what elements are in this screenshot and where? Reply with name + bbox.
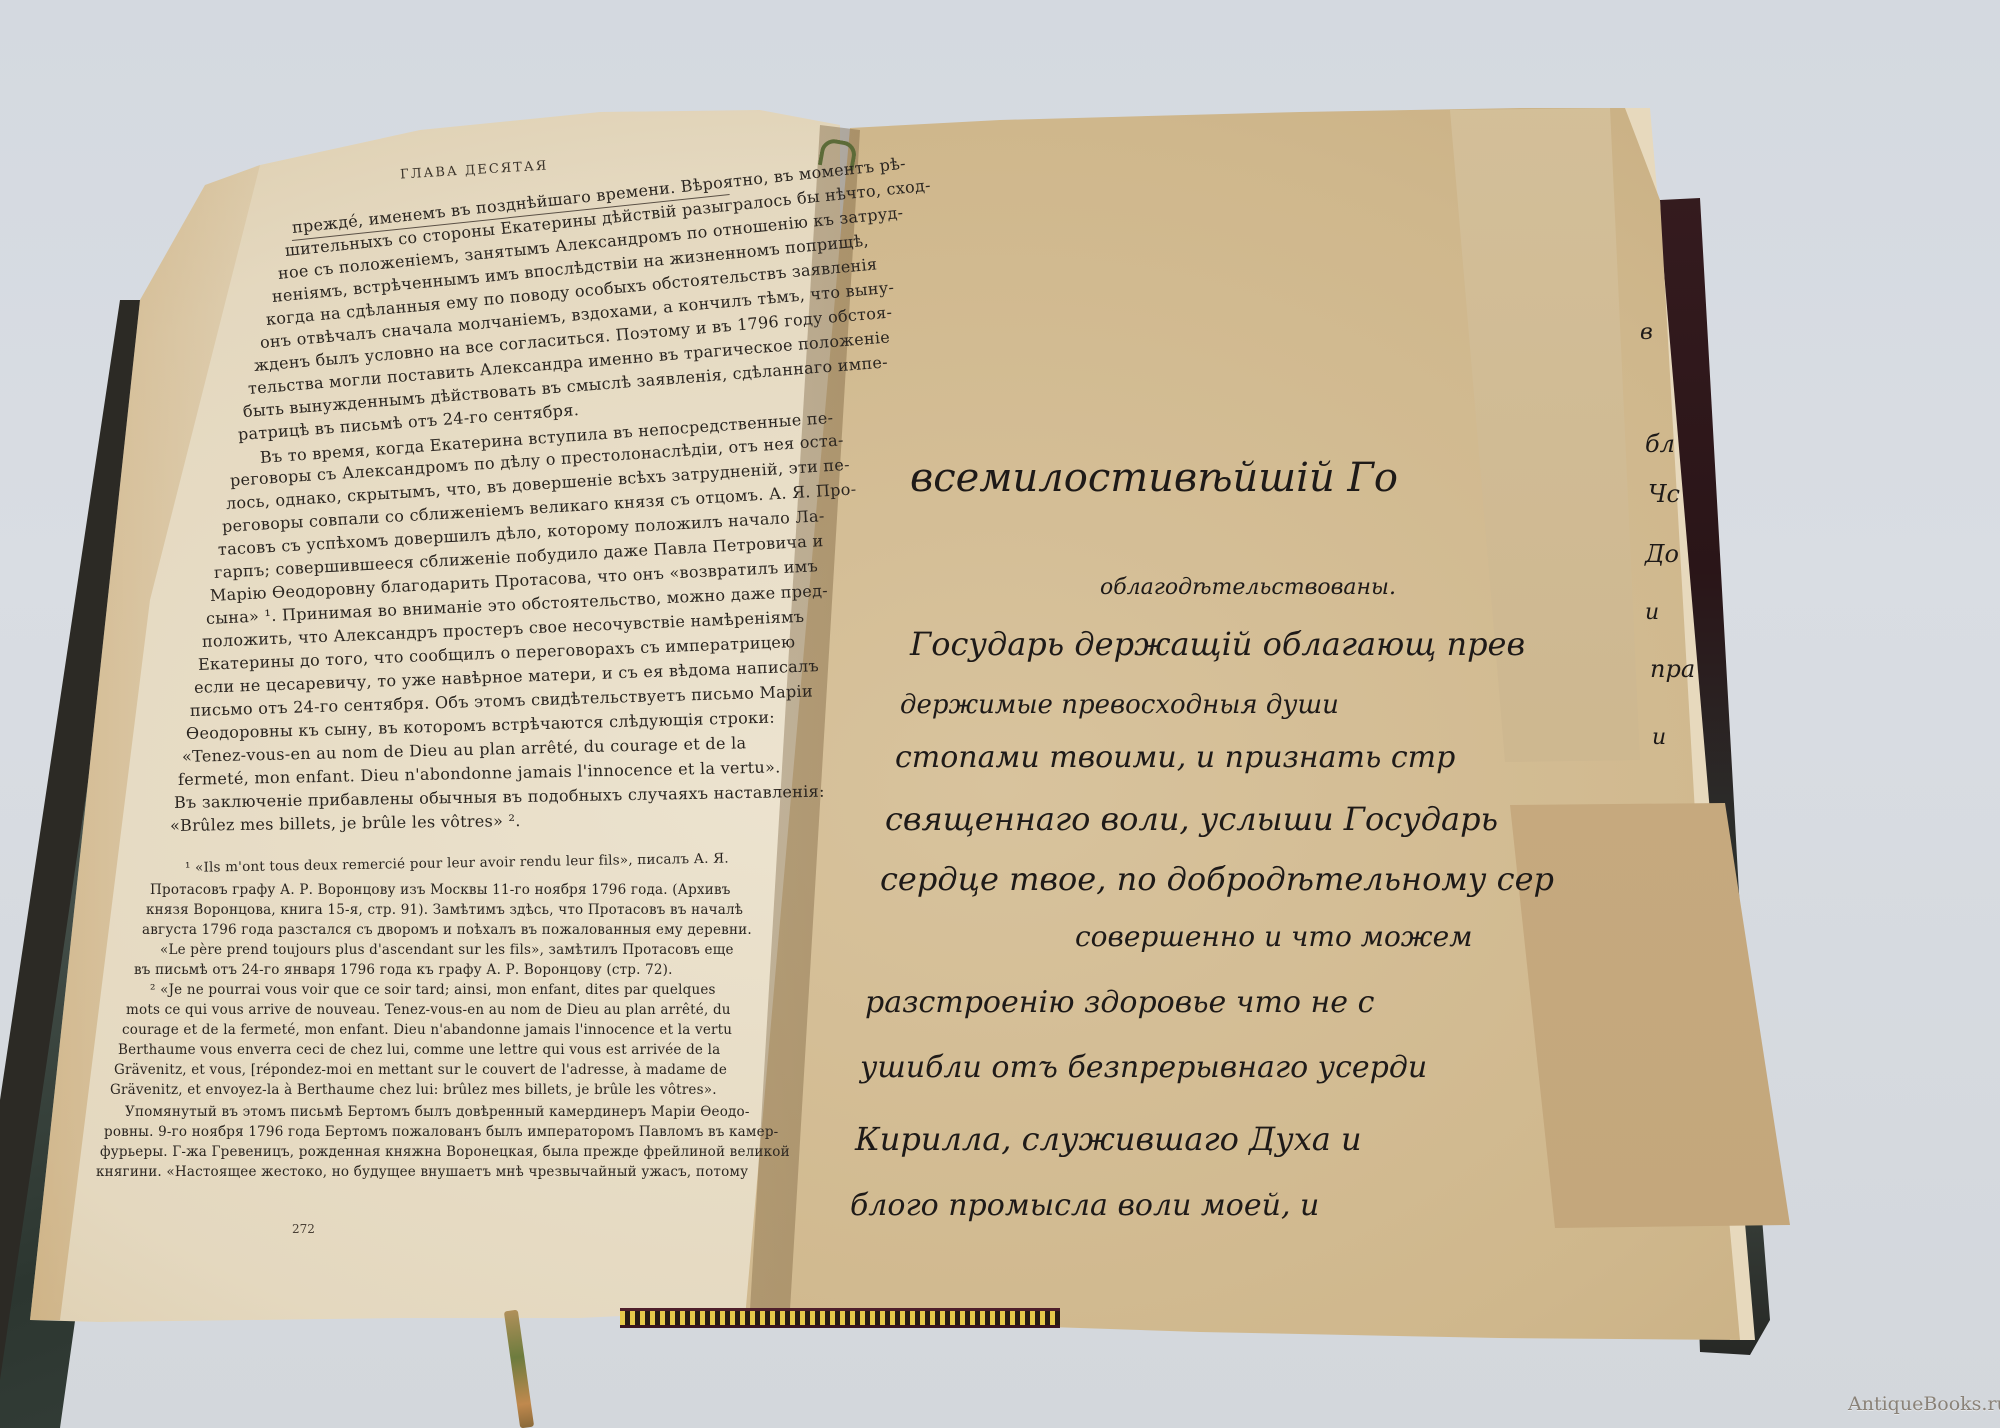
handwritten-line: священнаго воли, услыши Государь (885, 800, 1498, 838)
footnote-line: «Le père prend toujours plus d'ascendant… (160, 942, 734, 958)
footnote-line: ² «Je ne pourrai vous voir que ce soir t… (150, 982, 716, 998)
footnote-line: Berthaume vous enverra ceci de chez lui,… (118, 1042, 720, 1058)
handwritten-line: Государь держащій облагающ прев (910, 625, 1525, 663)
footnote-line: mots ce qui vous arrive de nouveau. Tene… (126, 1002, 731, 1018)
watermark: AntiqueBooks.ru (1848, 1393, 2000, 1415)
margin-fragment: пра (1650, 655, 1695, 683)
footnote-line: въ письмѣ отъ 24-го января 1796 года къ … (134, 962, 673, 978)
footnote-line: Протасовъ графу А. Р. Воронцову изъ Моск… (150, 882, 731, 898)
handwritten-line: облагодѣтельствованы. (1100, 575, 1396, 600)
margin-fragment: бл (1645, 430, 1675, 458)
footnote-line: фурьеры. Г-жа Гревеницъ, рожденная княжн… (100, 1144, 790, 1160)
photo-scene: ГЛАВА ДЕСЯТАЯ прежде́, именемъ въ позднѣ… (0, 0, 2000, 1428)
handwritten-line: разстроенію здоровье что не с (865, 985, 1374, 1020)
margin-fragment: и (1645, 600, 1659, 625)
bookmark-ribbon[interactable] (504, 1310, 534, 1428)
margin-fragment: и (1652, 725, 1666, 750)
handwritten-line: ушибли отъ безпрерывнаго усерди (860, 1050, 1427, 1085)
handwritten-line: совершенно и что можем (1075, 920, 1472, 953)
footnote-line: courage et de la fermeté, mon enfant. Di… (122, 1022, 732, 1038)
handwritten-line: держимые превосходныя души (900, 690, 1339, 720)
footnote-line: ровны. 9-го ноября 1796 года Бертомъ пож… (104, 1124, 778, 1140)
footnote-line: Упомянутый въ этомъ письмѣ Бертомъ былъ … (125, 1104, 750, 1120)
margin-fragment: Чс (1648, 480, 1680, 508)
footnote-line: августа 1796 года разстался съ дворомъ и… (142, 922, 752, 938)
handwritten-line: стопами твоими, и признать стр (895, 740, 1455, 775)
footnote-line: княгини. «Настоящее жестоко, но будущее … (96, 1164, 748, 1180)
margin-fragment: До (1645, 540, 1679, 568)
handwritten-line: Кирилла, служившаго Духа и (855, 1120, 1362, 1158)
handwritten-line: сердце твое, по добродѣтельному сер (880, 860, 1554, 898)
footnote-line: Grävenitz, et vous, [répondez-moi en met… (114, 1062, 727, 1078)
handwritten-line: всемилостивѣйшій Го (910, 455, 1398, 501)
handwritten-line: блого промысла воли моей, и (850, 1188, 1319, 1223)
margin-fragment: в (1640, 320, 1653, 345)
footnote-line: князя Воронцова, книга 15-я, стр. 91). З… (146, 902, 743, 918)
headband (620, 1308, 1060, 1328)
page-number: 272 (292, 1222, 315, 1236)
footnote-line: Grävenitz, et envoyez-la à Berthaume che… (110, 1082, 717, 1098)
